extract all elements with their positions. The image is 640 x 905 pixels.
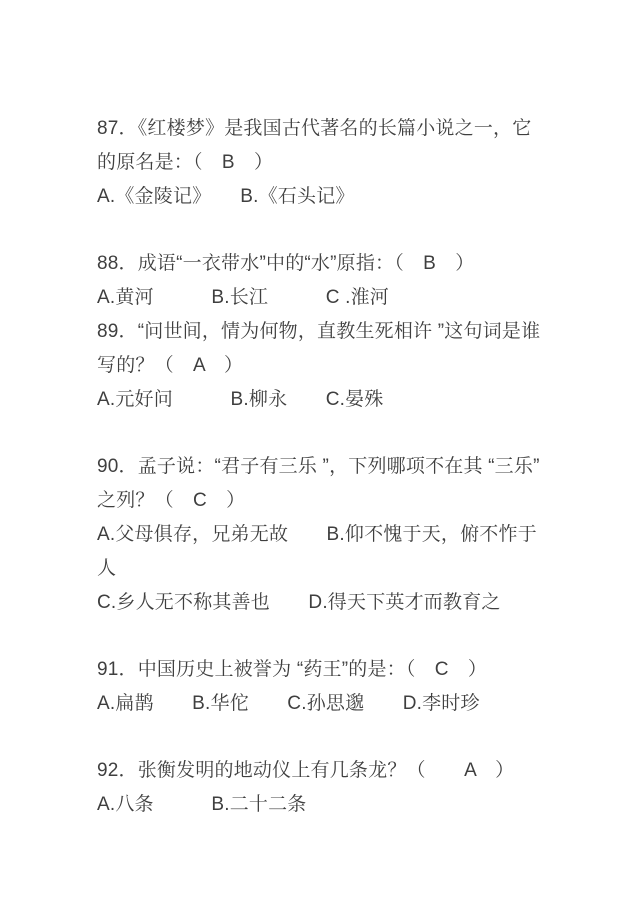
question-90-text-line-1: 90．孟子说：“君子有三乐 ”，下列哪项不在其 “三乐” — [97, 450, 594, 484]
question-87-options-line: A.《金陵记》 B.《石头记》 — [97, 180, 594, 214]
quiz-document-page: 87．《红楼梦》是我国古代著名的长篇小说之一，它 的原名是：（ B ） A.《金… — [0, 0, 640, 905]
question-90-options-line-1: A.父母俱存，兄弟无故 B.仰不愧于天，俯不怍于 — [97, 518, 594, 552]
question-89: 89．“问世间，情为何物，直教生死相许 ”这句词是谁 写的？（ A ） A.元好… — [97, 315, 594, 417]
question-90-text-line-2: 之列？（ C ） — [97, 484, 594, 518]
question-92-text-line-1: 92．张衡发明的地动仪上有几条龙？（ A ） — [97, 754, 594, 788]
question-89-options-line: A.元好问 B.柳永 C.晏殊 — [97, 383, 594, 417]
question-87-text-line-1: 87．《红楼梦》是我国古代著名的长篇小说之一，它 — [97, 112, 594, 146]
question-92-options-line: A.八条 B.二十二条 — [97, 788, 594, 822]
question-87-text-line-2: 的原名是：（ B ） — [97, 146, 594, 180]
question-89-text-line-1: 89．“问世间，情为何物，直教生死相许 ”这句词是谁 — [97, 315, 594, 349]
question-88-options-line: A.黄河 B.长江 C .淮河 — [97, 281, 594, 315]
question-90-options-line-3: C.乡人无不称其善也 D.得天下英才而教育之 — [97, 586, 594, 620]
question-90: 90．孟子说：“君子有三乐 ”，下列哪项不在其 “三乐” 之列？（ C ） A.… — [97, 450, 594, 620]
question-88-text-line-1: 88．成语“一衣带水”中的“水”原指：（ B ） — [97, 247, 594, 281]
question-91-options-line: A.扁鹊 B.华佗 C.孙思邈 D.李时珍 — [97, 687, 594, 721]
question-91-text-line-1: 91．中国历史上被誉为 “药王”的是：（ C ） — [97, 653, 594, 687]
question-90-options-line-2: 人 — [97, 552, 594, 586]
question-87: 87．《红楼梦》是我国古代著名的长篇小说之一，它 的原名是：（ B ） A.《金… — [97, 112, 594, 214]
question-91: 91．中国历史上被誉为 “药王”的是：（ C ） A.扁鹊 B.华佗 C.孙思邈… — [97, 653, 594, 721]
question-88: 88．成语“一衣带水”中的“水”原指：（ B ） A.黄河 B.长江 C .淮河 — [97, 247, 594, 315]
question-89-text-line-2: 写的？（ A ） — [97, 349, 594, 383]
question-92: 92．张衡发明的地动仪上有几条龙？（ A ） A.八条 B.二十二条 — [97, 754, 594, 822]
